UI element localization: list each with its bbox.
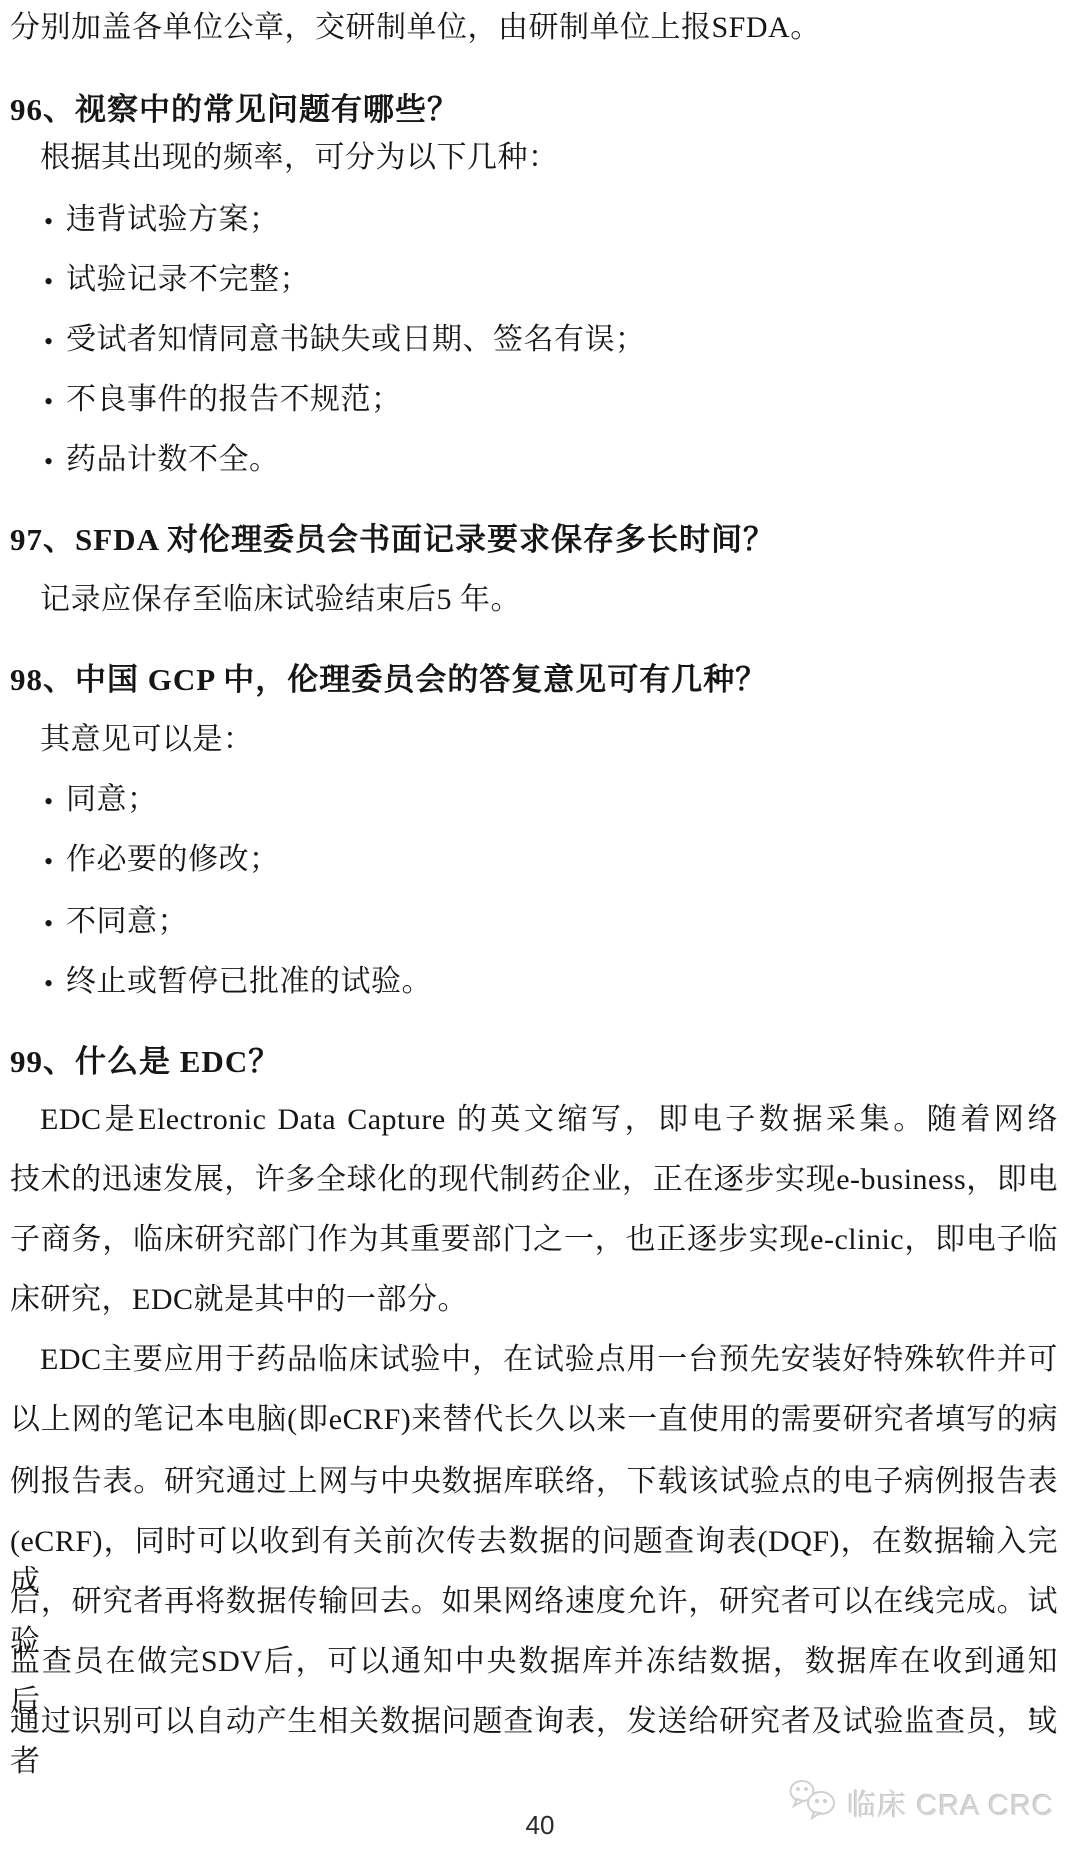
bullet-dot: • bbox=[44, 322, 66, 362]
question-98-bullet-item: •终止或暂停已批准的试验。 bbox=[10, 962, 1058, 1002]
bullet-text: 终止或暂停已批准的试验。 bbox=[66, 965, 432, 998]
question-96-lead: 根据其出现的频率，可分为以下几种： bbox=[10, 138, 1058, 178]
bullet-text: 不良事件的报告不规范； bbox=[66, 383, 402, 416]
edc-paragraph-2-line: EDC主要应用于药品临床试验中，在试验点用一台预先安装好特殊软件并可 bbox=[10, 1340, 1058, 1380]
question-96-bullet-item: •违背试验方案； bbox=[10, 200, 1058, 240]
edc-paragraph-1-line: 子商务，临床研究部门作为其重要部门之一，也正逐步实现e-clinic，即电子临 bbox=[10, 1220, 1058, 1260]
bullet-dot: • bbox=[44, 382, 66, 422]
question-98-heading: 98、中国 GCP 中，伦理委员会的答复意见可有几种？ bbox=[10, 660, 1058, 700]
bullet-dot: • bbox=[44, 442, 66, 482]
question-98-bullet-item: •同意； bbox=[10, 780, 1058, 820]
edc-paragraph-1-line: 技术的迅速发展，许多全球化的现代制药企业，正在逐步实现e-business，即电 bbox=[10, 1160, 1058, 1200]
bullet-text: 不同意； bbox=[66, 905, 188, 938]
bullet-text: 试验记录不完整； bbox=[66, 263, 310, 296]
bullet-dot: • bbox=[44, 842, 66, 882]
bullet-dot: • bbox=[44, 782, 66, 822]
question-96-bullet-item: •不良事件的报告不规范； bbox=[10, 380, 1058, 420]
bullet-dot: • bbox=[44, 904, 66, 944]
edc-paragraph-2-line: 例报告表。研究通过上网与中央数据库联络，下载该试验点的电子病例报告表 bbox=[10, 1462, 1058, 1502]
document-page: 分别加盖各单位公章，交研制单位，由研制单位上报SFDA。 96、视察中的常见问题… bbox=[0, 0, 1080, 1853]
question-97-answer: 记录应保存至临床试验结束后5 年。 bbox=[10, 580, 1058, 620]
question-96-bullet-item: •药品计数不全。 bbox=[10, 440, 1058, 480]
edc-paragraph-2-line: (eCRF)，同时可以收到有关前次传去数据的问题查询表(DQF)，在数据输入完成 bbox=[10, 1522, 1058, 1562]
bullet-text: 受试者知情同意书缺失或日期、签名有误； bbox=[66, 323, 646, 356]
edc-paragraph-2-line: 通过识别可以自动产生相关数据问题查询表，发送给研究者及试验监查员，或者 bbox=[10, 1702, 1058, 1742]
bullet-dot: • bbox=[44, 202, 66, 242]
question-96-bullet-item: •受试者知情同意书缺失或日期、签名有误； bbox=[10, 320, 1058, 360]
question-99-heading: 99、什么是 EDC？ bbox=[10, 1042, 1058, 1082]
question-96-bullet-item: •试验记录不完整； bbox=[10, 260, 1058, 300]
edc-paragraph-2-line: 监查员在做完SDV后，可以通知中央数据库并冻结数据，数据库在收到通知后， bbox=[10, 1642, 1058, 1682]
bullet-dot: • bbox=[44, 262, 66, 302]
question-98-bullet-item: •不同意； bbox=[10, 902, 1058, 942]
bullet-text: 违背试验方案； bbox=[66, 203, 280, 236]
intro-line: 分别加盖各单位公章，交研制单位，由研制单位上报SFDA。 bbox=[10, 8, 1058, 48]
edc-paragraph-1-line: 床研究，EDC就是其中的一部分。 bbox=[10, 1280, 1058, 1320]
bullet-text: 药品计数不全。 bbox=[66, 443, 280, 476]
edc-paragraph-2-line: 后，研究者再将数据传输回去。如果网络速度允许，研究者可以在线完成。试验 bbox=[10, 1582, 1058, 1622]
bullet-text: 作必要的修改； bbox=[66, 843, 280, 876]
edc-paragraph-1-line: EDC是Electronic Data Capture 的英文缩写，即电子数据采… bbox=[10, 1100, 1058, 1140]
question-98-bullet-item: •作必要的修改； bbox=[10, 840, 1058, 880]
page-number: 40 bbox=[0, 1810, 1080, 1841]
bullet-dot: • bbox=[44, 964, 66, 1004]
question-98-lead: 其意见可以是： bbox=[10, 720, 1058, 760]
question-97-heading: 97、SFDA 对伦理委员会书面记录要求保存多长时间？ bbox=[10, 520, 1058, 560]
question-96-heading: 96、视察中的常见问题有哪些？ bbox=[10, 90, 1058, 130]
bullet-text: 同意； bbox=[66, 783, 158, 816]
edc-paragraph-2-line: 以上网的笔记本电脑(即eCRF)来替代长久以来一直使用的需要研究者填写的病 bbox=[10, 1400, 1058, 1440]
